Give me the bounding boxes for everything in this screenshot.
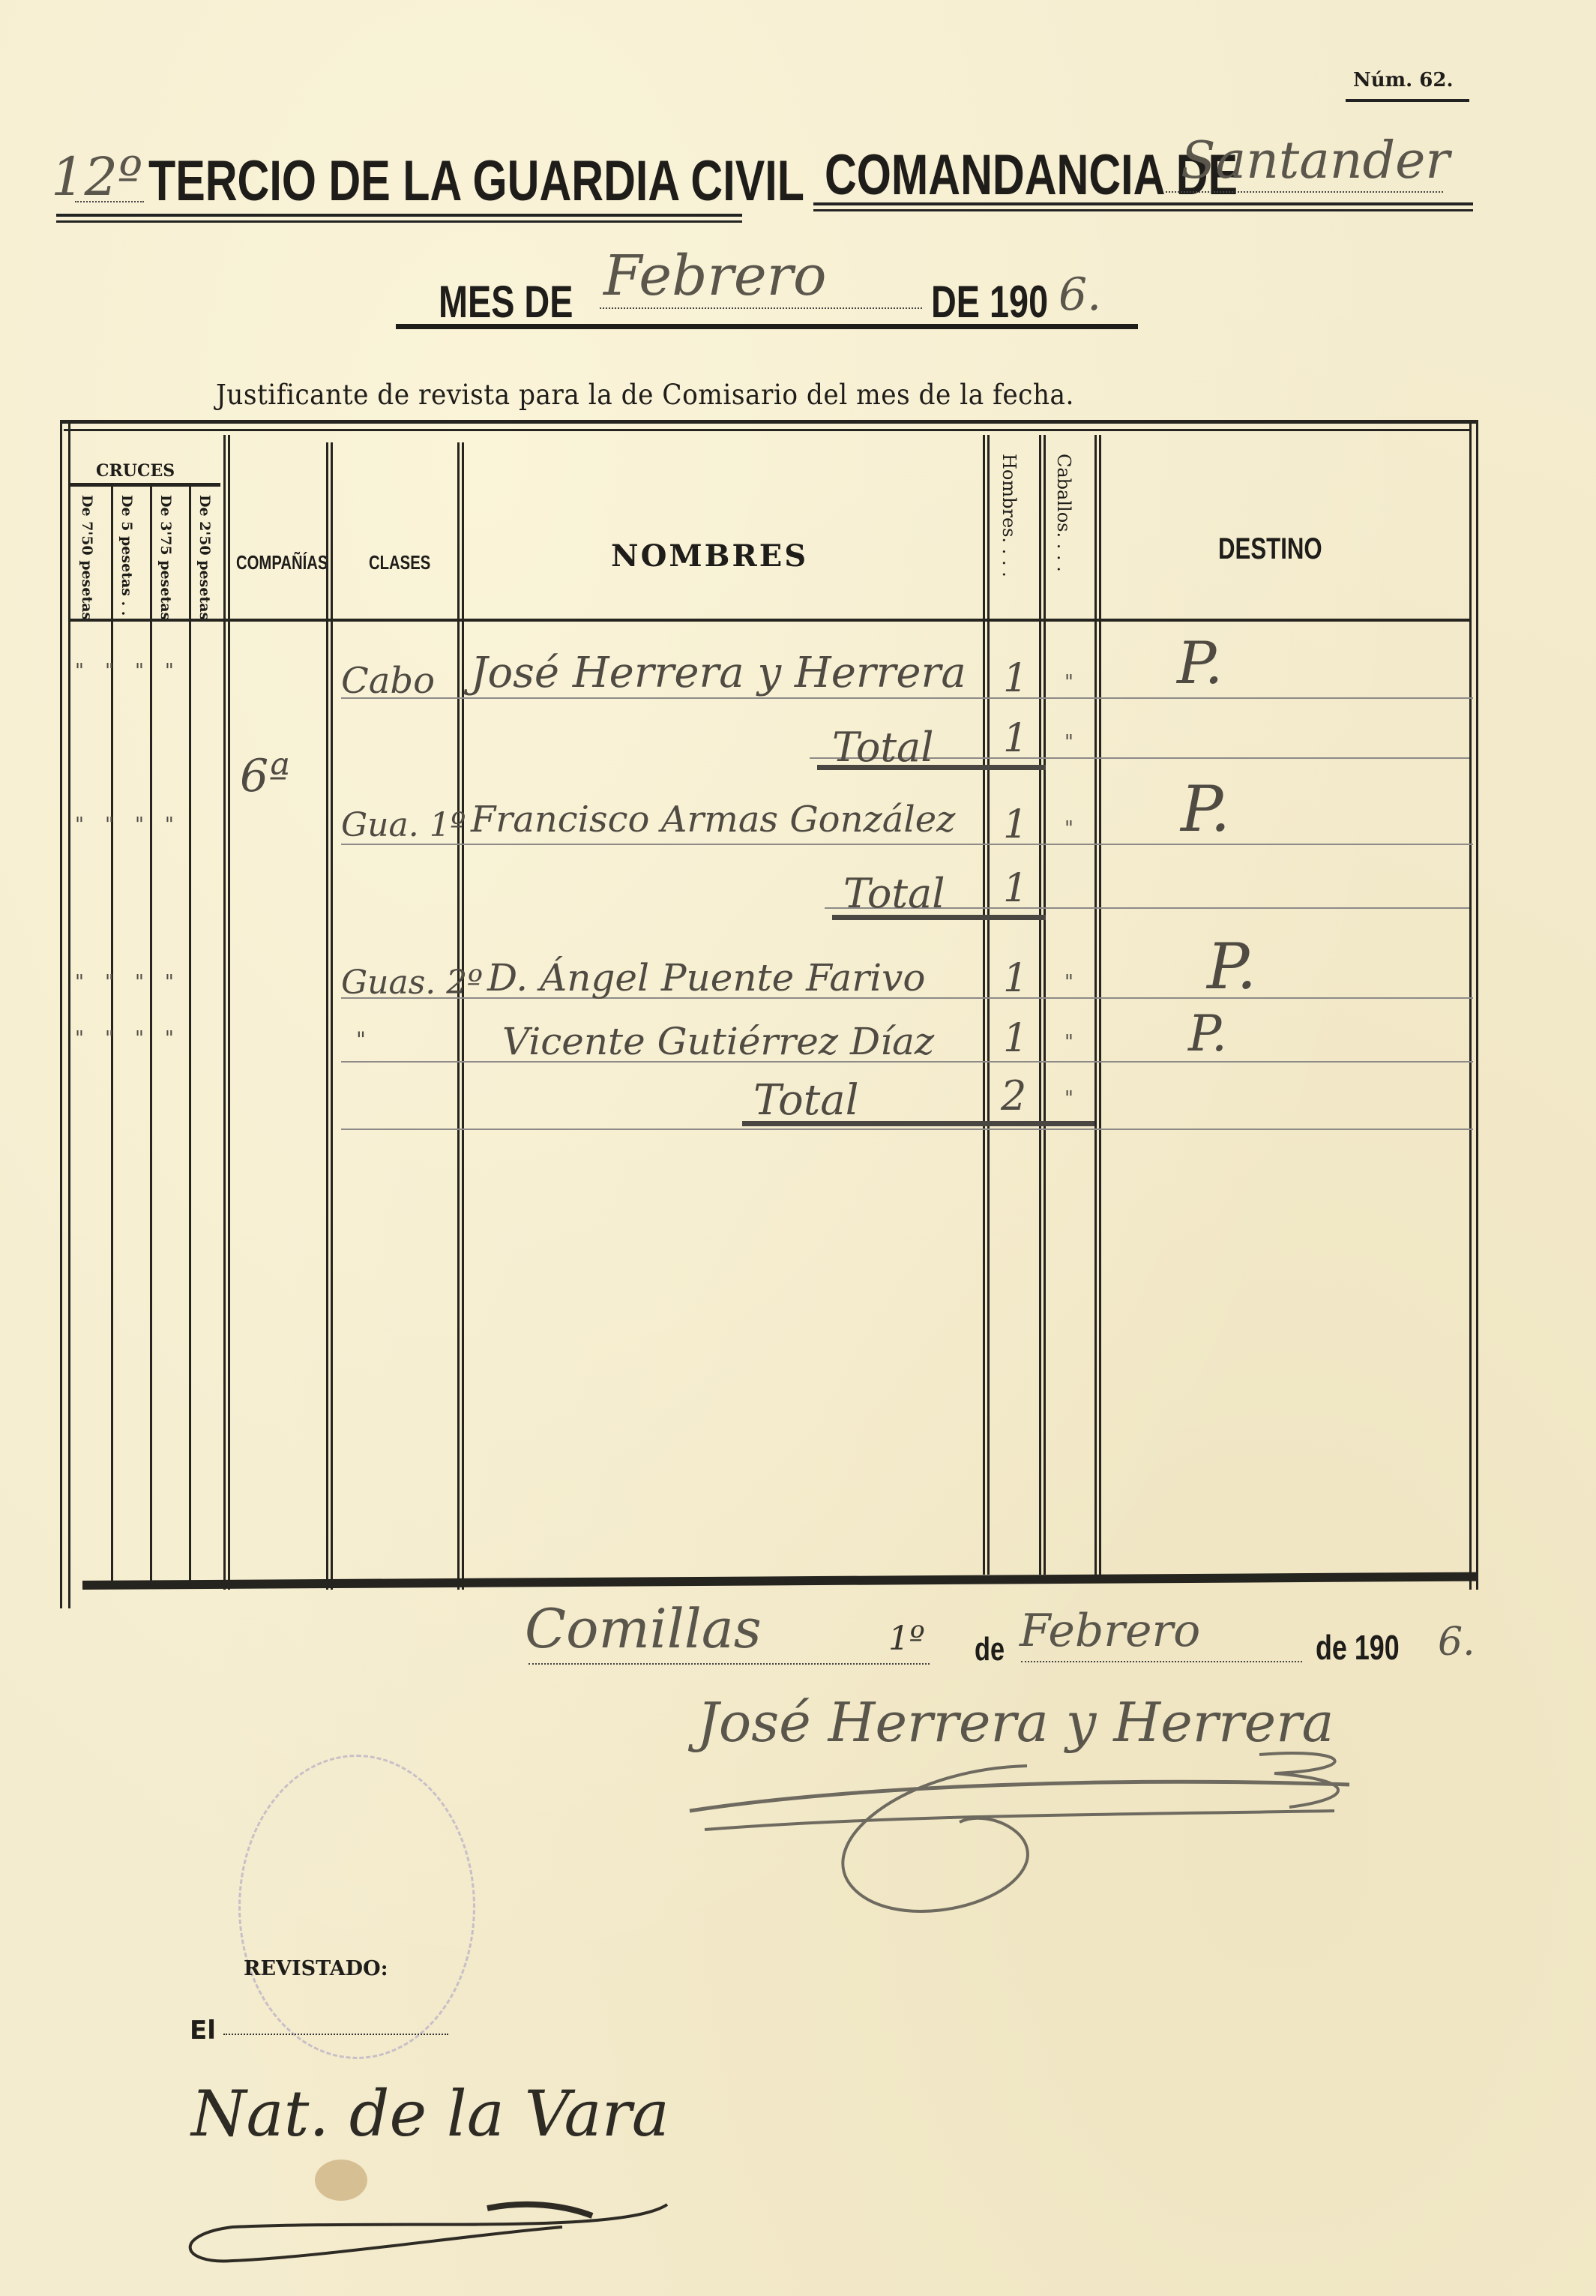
cruces-col-250: De 2'50 pesetas xyxy=(196,495,213,620)
row1-nombre: José Herrera y Herrera xyxy=(471,649,966,697)
destino-header: DESTINO xyxy=(1218,532,1322,566)
row4-nombre: Vicente Gutiérrez Díaz xyxy=(502,1020,934,1063)
total2-hombres: 1 xyxy=(1003,866,1028,911)
cruces-header: CRUCES xyxy=(96,461,175,481)
row1-clase: Cabo xyxy=(341,660,435,702)
table-left-border xyxy=(60,420,70,1608)
row2-hombres: 1 xyxy=(1003,802,1028,847)
year-digit-handwritten: 6. xyxy=(1059,268,1101,321)
total1-caballos: " xyxy=(1064,731,1073,754)
year-label: DE 190 xyxy=(931,276,1048,328)
company-value: 6ª xyxy=(240,750,290,802)
signature-rubric-icon xyxy=(675,1740,1394,1935)
total1-hombres: 1 xyxy=(1003,716,1028,761)
row1-destino: P. xyxy=(1177,630,1223,697)
tercio-number-handwritten: 12º xyxy=(51,146,142,208)
caballos-header: Caballos. . . . xyxy=(1053,454,1074,572)
tercio-dotted-line xyxy=(75,201,144,202)
total2-label: Total xyxy=(843,870,945,917)
total3-hombres: 2 xyxy=(1001,1072,1026,1120)
cruces-divider xyxy=(70,483,220,487)
reviewer-rubric-icon xyxy=(172,2190,697,2272)
day-handwritten: 1º xyxy=(888,1620,925,1658)
row-line-3 xyxy=(341,844,1473,845)
comandancia-dotted-line xyxy=(1166,191,1443,193)
row4-destino: P. xyxy=(1188,1005,1227,1063)
table-top-inner-border xyxy=(64,429,1472,431)
month-dotted-line xyxy=(600,307,922,309)
form-number-rule xyxy=(1346,99,1469,102)
revistado-label: REVISTADO: xyxy=(244,1957,388,1980)
cruces-col-750: De 7'50 pesetas xyxy=(79,495,95,620)
el-label: El xyxy=(190,2016,216,2046)
place-dotted-line xyxy=(529,1663,930,1665)
period-rule xyxy=(396,324,1138,329)
header-bottom-rule xyxy=(70,619,1469,622)
date-month-handwritten: Febrero xyxy=(1020,1605,1200,1657)
total3-label: Total xyxy=(753,1076,859,1125)
destino-left-border xyxy=(1094,435,1101,1575)
caballos-left-border xyxy=(1039,435,1046,1575)
form-number: Núm. 62. xyxy=(1353,69,1454,91)
date-year-digit-handwritten: 6. xyxy=(1438,1620,1475,1665)
row-line-1 xyxy=(341,697,1473,699)
comandancia-double-rule xyxy=(813,202,1473,211)
ink-stain xyxy=(315,2160,367,2201)
table-top-border xyxy=(60,420,1477,424)
row4-clase: " xyxy=(356,1027,366,1052)
comandancia-label: COMANDANCIA DE xyxy=(825,142,1238,208)
revista-table: CRUCES De 7'50 pesetas De 5 pesetas . . … xyxy=(60,420,1499,1608)
row4-caballos: " xyxy=(1064,1031,1073,1054)
official-stamp xyxy=(238,1755,475,2059)
date-month-dotted-line xyxy=(1021,1661,1302,1662)
companias-left-border xyxy=(223,435,230,1590)
el-dotted-line xyxy=(223,2034,448,2035)
comandancia-value-handwritten: Santander xyxy=(1181,131,1450,190)
row3-cruces: """" xyxy=(75,971,195,994)
row3-clase: Guas. 2º xyxy=(341,964,483,1002)
mes-label: MES DE xyxy=(439,276,573,328)
total3-caballos: " xyxy=(1064,1087,1073,1110)
hombres-header: Hombres. . . . xyxy=(999,454,1020,577)
row3-nombre: D. Ángel Puente Farivo xyxy=(487,956,925,1000)
tercio-label: TERCIO DE LA GUARDIA CIVIL xyxy=(148,148,804,214)
row1-hombres: 1 xyxy=(1003,656,1028,701)
place-handwritten: Comillas xyxy=(525,1597,762,1660)
clases-left-border xyxy=(326,442,333,1590)
row3-destino: P. xyxy=(1207,930,1256,1003)
row2-destino: P. xyxy=(1181,772,1230,846)
row4-cruces: """" xyxy=(75,1027,195,1050)
row3-hombres: 1 xyxy=(1003,956,1028,1001)
date-year-label: de 190 xyxy=(1316,1627,1400,1668)
form-subtitle: Justificante de revista para la de Comis… xyxy=(216,379,1074,411)
row2-caballos: " xyxy=(1064,817,1073,840)
date-de-label: de xyxy=(975,1631,1005,1668)
total1-label: Total xyxy=(832,724,934,771)
row3-caballos: " xyxy=(1064,971,1073,994)
hombres-left-border xyxy=(983,435,990,1575)
table-right-border xyxy=(1469,420,1478,1590)
row1-cruces: """" xyxy=(75,660,195,682)
nombres-left-border xyxy=(457,442,464,1590)
row-line-7 xyxy=(341,1129,1473,1130)
cruces-col-375: De 3'75 pesetas xyxy=(157,495,174,620)
month-handwritten: Febrero xyxy=(603,244,827,308)
row2-clase: Gua. 1º xyxy=(341,806,466,844)
row2-cruces: """" xyxy=(75,814,195,836)
cruces-col-5: De 5 pesetas . . xyxy=(118,495,135,616)
tercio-double-rule xyxy=(56,214,742,223)
table-bottom-border xyxy=(82,1572,1478,1590)
row1-caballos: " xyxy=(1064,671,1073,694)
clases-header: CLASES xyxy=(369,551,430,574)
nombres-header: NOMBRES xyxy=(611,538,808,574)
reviewer-signature: Nat. de la Vara xyxy=(191,2077,669,2151)
row4-hombres: 1 xyxy=(1003,1016,1028,1061)
companias-header: COMPAÑÍAS xyxy=(236,551,328,574)
row2-nombre: Francisco Armas González xyxy=(471,799,955,841)
